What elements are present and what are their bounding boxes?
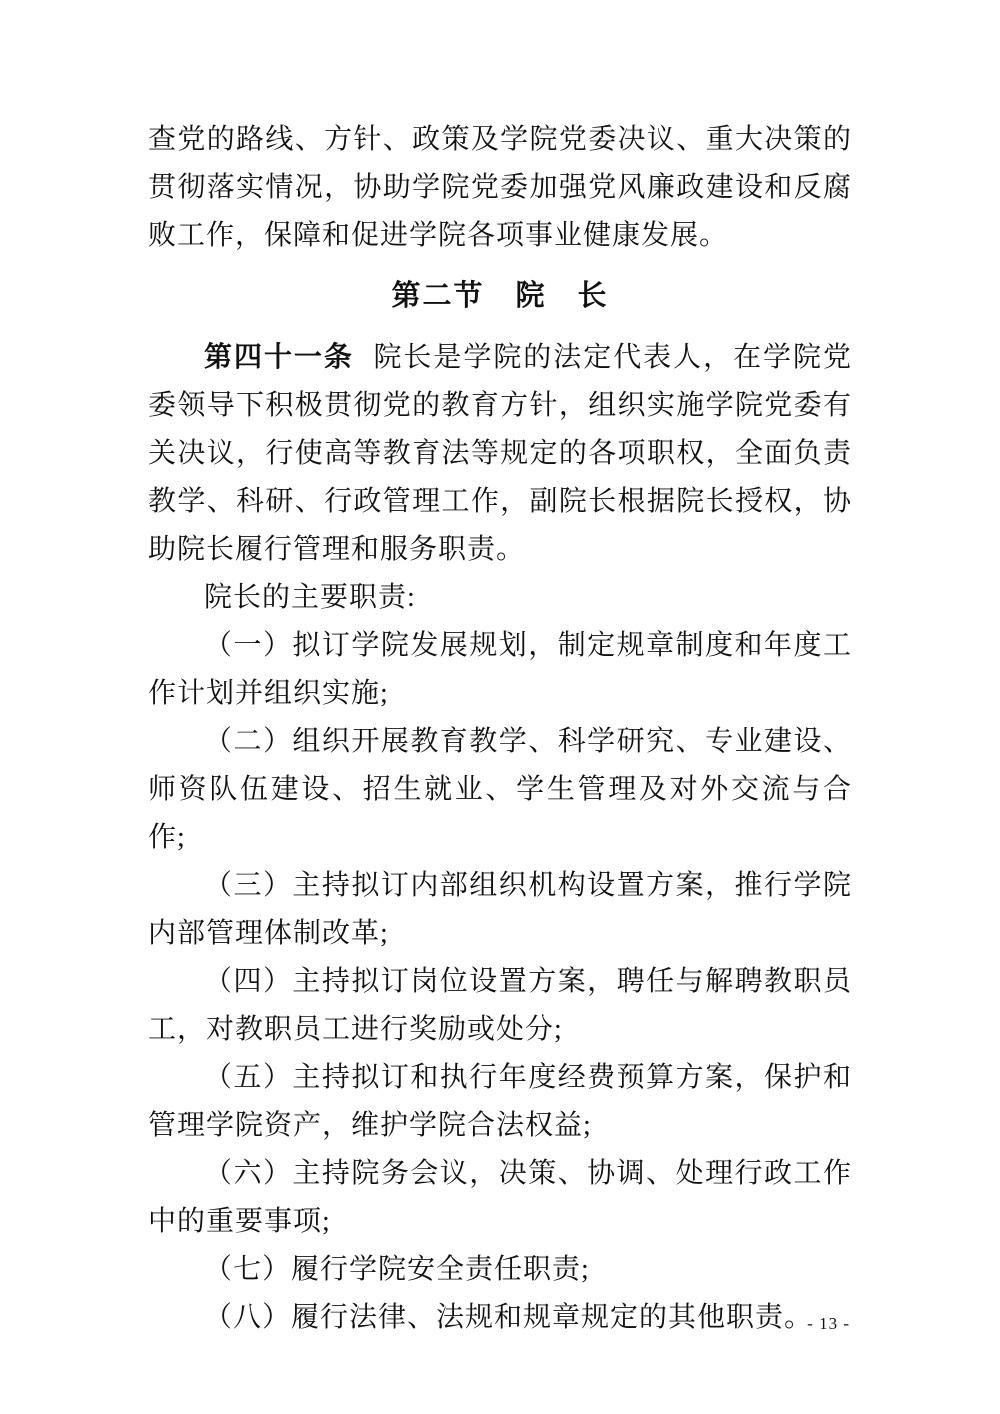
- section-heading: 第二节 院 长: [148, 272, 852, 320]
- article-paragraph: 第四十一条院长是学院的法定代表人，在学院党委领导下积极贯彻党的教育方针，组织实施…: [148, 334, 852, 574]
- duties-intro: 院长的主要职责:: [148, 574, 852, 622]
- duty-item-3: （三）主持拟订内部组织机构设置方案，推行学院内部管理体制改革;: [148, 862, 852, 958]
- document-page: 查党的路线、方针、政策及学院党委决议、重大决策的贯彻落实情况，协助学院党委加强党…: [0, 0, 1000, 1414]
- duty-item-8: （八）履行法律、法规和规章规定的其他职责。: [148, 1294, 852, 1342]
- article-body: 院长是学院的法定代表人，在学院党委领导下积极贯彻党的教育方针，组织实施学院党委有…: [148, 342, 852, 565]
- duty-item-2: （二）组织开展教育教学、科学研究、专业建设、师资队伍建设、招生就业、学生管理及对…: [148, 718, 852, 862]
- article-number: 第四十一条: [204, 342, 354, 373]
- duty-item-7: （七）履行学院安全责任职责;: [148, 1246, 852, 1294]
- duty-item-4: （四）主持拟订岗位设置方案，聘任与解聘教职员工，对教职员工进行奖励或处分;: [148, 958, 852, 1054]
- paragraph-continuation: 查党的路线、方针、政策及学院党委决议、重大决策的贯彻落实情况，协助学院党委加强党…: [148, 116, 852, 260]
- page-content: 查党的路线、方针、政策及学院党委决议、重大决策的贯彻落实情况，协助学院党委加强党…: [0, 0, 1000, 1342]
- duty-item-1: （一）拟订学院发展规划，制定规章制度和年度工作计划并组织实施;: [148, 622, 852, 718]
- duty-item-6: （六）主持院务会议，决策、协调、处理行政工作中的重要事项;: [148, 1150, 852, 1246]
- duty-item-5: （五）主持拟订和执行年度经费预算方案，保护和管理学院资产，维护学院合法权益;: [148, 1054, 852, 1150]
- page-number: - 13 -: [807, 1314, 850, 1334]
